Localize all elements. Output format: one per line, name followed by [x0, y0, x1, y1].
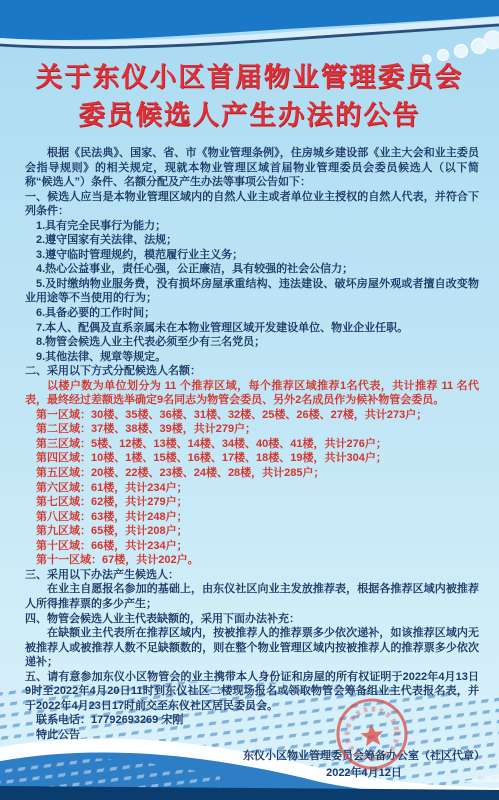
condition-9: 9.其他法律、规章等规定。 — [25, 350, 479, 365]
zone-4: 第四区域：10楼、1楼、15楼、16楼、17楼、18楼、19楼，共计304户； — [25, 451, 479, 466]
section-4-header: 四、物管会候选人业主代表缺额的，采用下面办法补充： — [25, 612, 479, 627]
section-5-body: 五、请有意参加东仪小区物管会的业主携带本人身份证和房屋的所有权证明于2022年4… — [25, 670, 479, 714]
zone-7: 第七区域：62楼，共计279户； — [25, 495, 479, 510]
title-line-2: 委员候选人产生办法的公告 — [79, 100, 421, 130]
official-seal-icon — [328, 690, 416, 778]
zone-1: 第一区域：30楼、35楼、36楼、31楼、32楼、25楼、26楼、27楼，共计2… — [25, 408, 479, 423]
zone-5: 第五区域：20楼、22楼、23楼、24楼、28楼，共计285户； — [25, 466, 479, 481]
seal-star-icon — [360, 723, 385, 747]
condition-1: 1.具有完全民事行为能力； — [25, 219, 479, 234]
section-1-header: 一、候选人应当是本物业管理区域内的自然人业主或者单位业主授权的自然人代表，并符合… — [25, 190, 479, 219]
condition-2: 2.遵守国家有关法律、法规； — [25, 233, 479, 248]
allocation-note: 以楼户数为单位划分为 11 个推荐区域，每个推荐区域推荐1名代表，共计推荐 11… — [25, 379, 479, 408]
title-line-1: 关于东仪小区首届物业管理委员会 — [36, 62, 464, 92]
intro: 根据《民法典》、国家、省、市《物业管理条例》，住房城乡建设部《业主大会和业主委员… — [25, 146, 479, 190]
section-2-header: 二、采用以下方式分配候选人名额： — [25, 364, 479, 379]
section-3-body: 在业主自愿报名参加的基础上，由东仪社区向业主发放推荐表，根据各推荐区域内被推荐人… — [25, 582, 479, 611]
condition-3: 3.遵守临时管理规约，模范履行业主义务； — [25, 248, 479, 263]
zone-9: 第九区域：65楼，共计208户； — [25, 524, 479, 539]
section-4-body: 在缺额业主代表所在推荐区域内，按被推荐人的推荐票多少依次递补，如该推荐区域内无被… — [25, 626, 479, 670]
section-3-header: 三、采用以下办法产生候选人： — [25, 568, 479, 583]
condition-7: 7.本人、配偶及直系亲属未在本物业管理区域开发建设单位、物业企业任职。 — [25, 321, 479, 336]
condition-5: 5.及时缴纳物业服务费，没有损坏房屋承重结构、违法建设、破坏房屋外观或者擅自改变… — [25, 277, 479, 306]
condition-6: 6.具备必要的工作时间； — [25, 306, 479, 321]
zone-3: 第三区域：5楼、12楼、13楼、14楼、34楼、40楼、41楼，共计276户； — [25, 437, 479, 452]
condition-8: 8.物管会候选人业主代表必须至少有三名党员； — [25, 335, 479, 350]
zone-6: 第六区域：61楼，共计234户； — [25, 481, 479, 496]
zone-11: 第十一区域：67楼，共计202户。 — [25, 553, 479, 568]
zone-8: 第八区域：63楼，共计248户； — [25, 510, 479, 525]
zone-2: 第二区域：37楼、38楼、39楼，共计279户； — [25, 422, 479, 437]
notice-poster: 关于东仪小区首届物业管理委员会 委员候选人产生办法的公告 根据《民法典》、国家、… — [0, 0, 499, 800]
zone-10: 第十区域：66楼，共计234户； — [25, 539, 479, 554]
notice-body: 根据《民法典》、国家、省、市《物业管理条例》，住房城乡建设部《业主大会和业主委员… — [25, 146, 479, 742]
condition-4: 4.热心公益事业，责任心强，公正廉洁，具有较强的社会公信力； — [25, 262, 479, 277]
page-title: 关于东仪小区首届物业管理委员会 委员候选人产生办法的公告 — [0, 58, 499, 134]
